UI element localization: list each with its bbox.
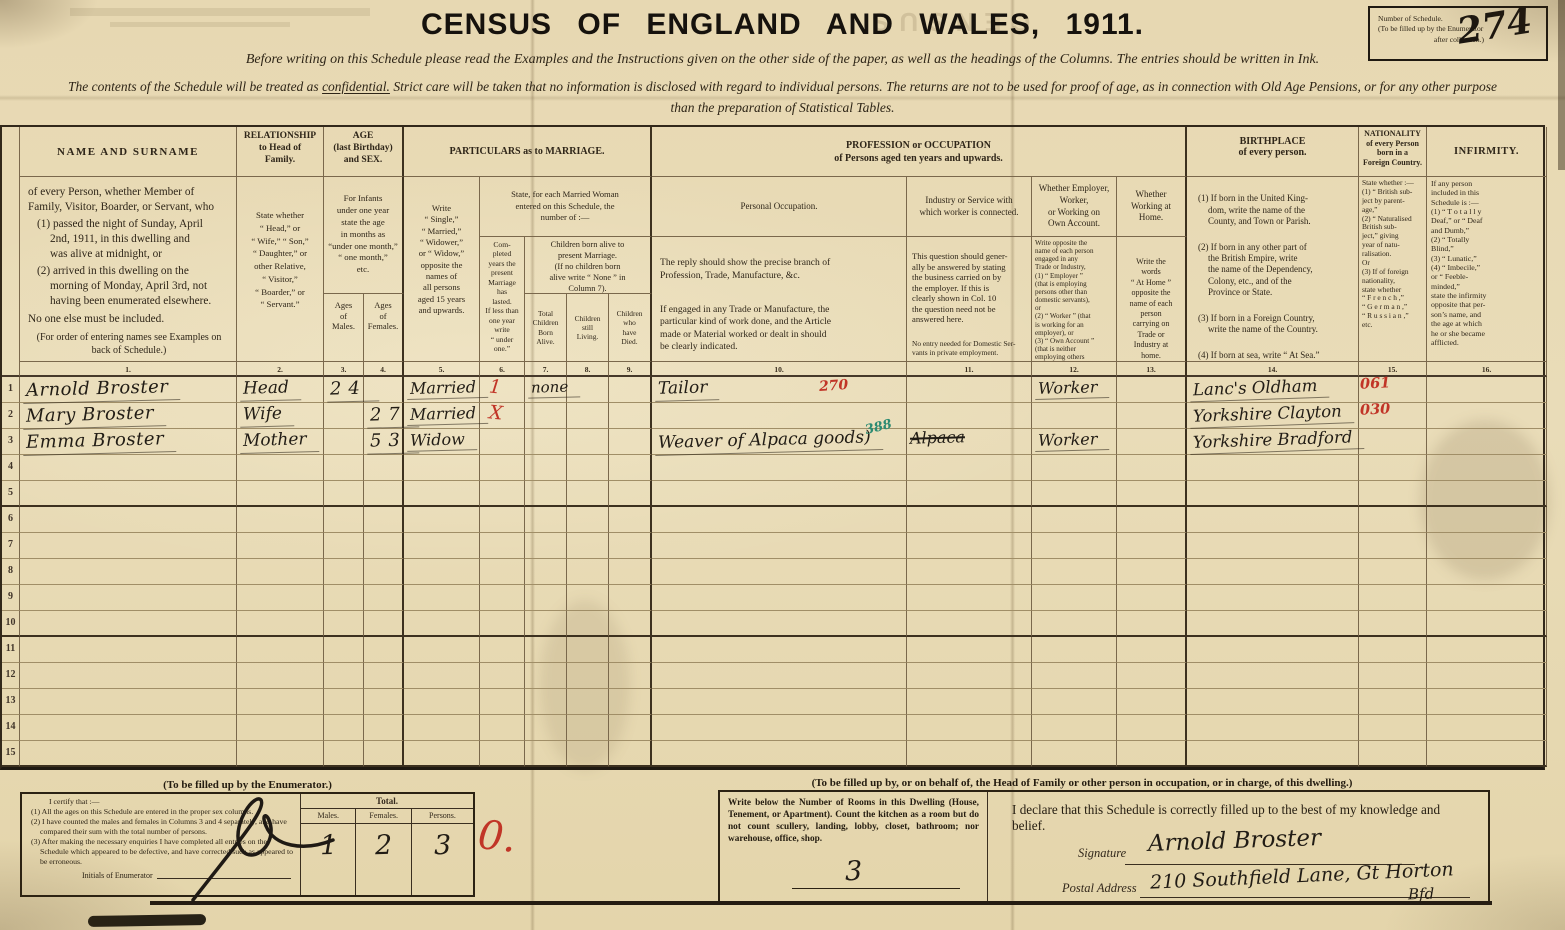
cell-at_home-row3 <box>1117 429 1187 455</box>
rooms-line <box>792 888 960 889</box>
cell-marriage-row9 <box>404 585 480 611</box>
cell-industry-row10 <box>907 611 1032 637</box>
cell-children_living-row14 <box>567 715 609 741</box>
cell-relationship-row7 <box>237 533 324 559</box>
col7-label: Total Children Born Alive. <box>525 294 567 362</box>
cell-age_female-row3: 53 <box>364 429 404 455</box>
cell-birthplace-row7 <box>1187 533 1359 559</box>
cell-children_died-row11 <box>609 637 652 663</box>
cell-occupation-row10 <box>652 611 907 637</box>
cell-years_married-row7 <box>480 533 525 559</box>
cell-infirmity-row11 <box>1427 637 1547 663</box>
cell-years_married-row10 <box>480 611 525 637</box>
cell-employer-row12 <box>1032 663 1117 689</box>
cell-name-row13 <box>20 689 237 715</box>
cell-age_male-row8 <box>324 559 364 585</box>
cell-occupation-row4 <box>652 455 907 481</box>
cell-age_male-row11 <box>324 637 364 663</box>
cell-relationship-row2: Wife <box>237 403 324 429</box>
cell-relationship-row11 <box>237 637 324 663</box>
cell-at_home-row11 <box>1117 637 1187 663</box>
cell-employer-row13 <box>1032 689 1117 715</box>
col8-label: Children still Living. <box>567 294 609 362</box>
cell-age_female-row6 <box>364 507 404 533</box>
row-number-11: 11 <box>2 637 20 663</box>
cell-children_born-row2 <box>525 403 567 429</box>
cell-marriage-row3: Widow <box>404 429 480 455</box>
cell-nationality-row5 <box>1359 481 1427 507</box>
cell-at_home-row8 <box>1117 559 1187 585</box>
occ-p1: The reply should show the precise branch… <box>660 257 898 282</box>
row-number-7: 7 <box>2 533 20 559</box>
cell-age_male-row5 <box>324 481 364 507</box>
col11-description: This question should gener- ally be answ… <box>907 237 1032 362</box>
cell-birthplace-row5 <box>1187 481 1359 507</box>
cell-nationality-row13 <box>1359 689 1427 715</box>
cell-birthplace-row14 <box>1187 715 1359 741</box>
cell-name-row4 <box>20 455 237 481</box>
cell-occupation-row11 <box>652 637 907 663</box>
col-name-description: of every Person, whether Member of Famil… <box>20 177 237 362</box>
cell-marriage-row1: Married <box>404 377 480 403</box>
cell-industry-row8 <box>907 559 1032 585</box>
cell-age_female-row7 <box>364 533 404 559</box>
col11-head: Industry or Service with which worker is… <box>907 177 1032 237</box>
cell-industry-row11 <box>907 637 1032 663</box>
initials-line <box>157 871 291 879</box>
col10-description: The reply should show the precise branch… <box>652 237 907 362</box>
cell-industry-row13 <box>907 689 1032 715</box>
instruction-line-2-pre: The contents of the Schedule will be tre… <box>68 79 322 94</box>
cell-infirmity-row6 <box>1427 507 1547 533</box>
bottom-heavy-rule <box>150 901 1492 905</box>
cell-infirmity-row12 <box>1427 663 1547 689</box>
row-number-10: 10 <box>2 611 20 637</box>
signature-value: Arnold Broster <box>1148 828 1321 854</box>
cell-age_male-row13 <box>324 689 364 715</box>
declaration-box: Write below the Number of Rooms in this … <box>718 790 1490 904</box>
declaration-caption: (To be filled up by, or on behalf of, th… <box>712 777 1452 789</box>
cell-children_living-row1 <box>567 377 609 403</box>
cell-occupation-row15 <box>652 741 907 767</box>
cell-relationship-row10 <box>237 611 324 637</box>
cell-occupation-row14 <box>652 715 907 741</box>
cell-relationship-row13 <box>237 689 324 715</box>
name-desc-note1: No one else must be included. <box>28 312 230 327</box>
cell-nationality-row4 <box>1359 455 1427 481</box>
cell-name-row2: Mary Broster <box>20 403 237 429</box>
cell-children_born-row9 <box>525 585 567 611</box>
row-number-8: 8 <box>2 559 20 585</box>
cell-marriage-row6 <box>404 507 480 533</box>
cell-at_home-row10 <box>1117 611 1187 637</box>
cell-nationality-row14 <box>1359 715 1427 741</box>
signature-label: Signature <box>1078 846 1126 861</box>
cell-age_male-row2 <box>324 403 364 429</box>
name-desc-note2: (For order of entering names see Example… <box>28 331 230 357</box>
column-number-2: 2. <box>237 362 324 377</box>
cell-industry-row3: Alpaca <box>907 429 1032 455</box>
cell-children_living-row3 <box>567 429 609 455</box>
cell-children_living-row10 <box>567 611 609 637</box>
cell-age_female-row8 <box>364 559 404 585</box>
cell-children_died-row5 <box>609 481 652 507</box>
cell-birthplace-row10 <box>1187 611 1359 637</box>
cell-years_married-row8 <box>480 559 525 585</box>
col-age-description: For Infants under one year state the age… <box>324 177 404 294</box>
cell-infirmity-row4 <box>1427 455 1547 481</box>
column-number-8: 8. <box>567 362 609 377</box>
cell-birthplace-row1: Lanc's Oldham <box>1187 377 1359 403</box>
cell-infirmity-row14 <box>1427 715 1547 741</box>
col13-head: Whether Working at Home. <box>1117 177 1187 237</box>
cell-at_home-row2 <box>1117 403 1187 429</box>
cell-marriage-row10 <box>404 611 480 637</box>
occ-p2: If engaged in any Trade or Manufacture, … <box>660 304 898 354</box>
cell-children_died-row13 <box>609 689 652 715</box>
cell-occupation-row9 <box>652 585 907 611</box>
cell-occupation-row13 <box>652 689 907 715</box>
married-woman-note: State, for each Married Woman entered on… <box>480 177 652 237</box>
cert-2: (2) I have counted the males and females… <box>27 817 295 837</box>
cell-occupation-row3: Weaver of Alpaca goods)388 <box>652 429 907 455</box>
cell-age_male-row9 <box>324 585 364 611</box>
column-number-14: 14. <box>1187 362 1359 377</box>
cell-children_died-row2 <box>609 403 652 429</box>
col-name-title: NAME AND SURNAME <box>20 127 237 177</box>
cell-marriage-row15 <box>404 741 480 767</box>
cell-children_died-row12 <box>609 663 652 689</box>
instruction-line-2-post: Strict care will be taken that no inform… <box>390 79 1497 94</box>
col-relationship-title: RELATIONSHIP to Head of Family. <box>237 127 324 177</box>
cell-children_born-row5 <box>525 481 567 507</box>
schedule-number-box: Number of Schedule. (To be filled up by … <box>1368 6 1548 61</box>
cell-children_born-row3 <box>525 429 567 455</box>
cell-name-row5 <box>20 481 237 507</box>
row-number-1: 1 <box>2 377 20 403</box>
cell-at_home-row15 <box>1117 741 1187 767</box>
cell-age_male-row7 <box>324 533 364 559</box>
cell-infirmity-row15 <box>1427 741 1547 767</box>
cell-relationship-row3: Mother <box>237 429 324 455</box>
instruction-line-1: Before writing on this Schedule please r… <box>8 52 1557 68</box>
rooms-box: Write below the Number of Rooms in this … <box>720 792 988 902</box>
cell-employer-row8 <box>1032 559 1117 585</box>
cell-industry-row2 <box>907 403 1032 429</box>
cell-years_married-row3 <box>480 429 525 455</box>
cell-employer-row10 <box>1032 611 1117 637</box>
cell-name-row10 <box>20 611 237 637</box>
cell-children_living-row6 <box>567 507 609 533</box>
cell-employer-row3: Worker <box>1032 429 1117 455</box>
cell-children_died-row7 <box>609 533 652 559</box>
persons-label: Persons. <box>412 809 473 824</box>
cell-infirmity-row3 <box>1427 429 1547 455</box>
profession-group-title: PROFESSION or OCCUPATION of Persons aged… <box>652 127 1187 177</box>
cell-children_born-row1: none <box>525 377 567 403</box>
cell-age_female-row9 <box>364 585 404 611</box>
confidential-underlined: confidential. <box>322 79 390 94</box>
cell-children_died-row3 <box>609 429 652 455</box>
cell-relationship-row8 <box>237 559 324 585</box>
cell-marriage-row11 <box>404 637 480 663</box>
cell-age_male-row14 <box>324 715 364 741</box>
cell-name-row12 <box>20 663 237 689</box>
cell-birthplace-row13 <box>1187 689 1359 715</box>
cell-children_born-row13 <box>525 689 567 715</box>
row-number-2: 2 <box>2 403 20 429</box>
column-number-12: 12. <box>1032 362 1117 377</box>
cell-industry-row14 <box>907 715 1032 741</box>
cell-nationality-row15 <box>1359 741 1427 767</box>
cell-relationship-row6 <box>237 507 324 533</box>
cell-marriage-row14 <box>404 715 480 741</box>
cell-employer-row15 <box>1032 741 1117 767</box>
row-number-column-header <box>2 127 20 377</box>
cell-marriage-row12 <box>404 663 480 689</box>
col5-description: Write “ Single,” “ Married,” “ Widower,”… <box>404 177 480 362</box>
col-relationship-description: State whether “ Head,” or “ Wife,” “ Son… <box>237 177 324 362</box>
cell-industry-row9 <box>907 585 1032 611</box>
cell-at_home-row6 <box>1117 507 1187 533</box>
declaration-right: I declare that this Schedule is correctl… <box>990 792 1488 902</box>
cell-birthplace-row9 <box>1187 585 1359 611</box>
cell-years_married-row9 <box>480 585 525 611</box>
cell-children_living-row7 <box>567 533 609 559</box>
cell-birthplace-row2: Yorkshire Clayton <box>1187 403 1359 429</box>
cell-name-row11 <box>20 637 237 663</box>
cell-employer-row5 <box>1032 481 1117 507</box>
cell-age_male-row10 <box>324 611 364 637</box>
birth-i2: (2) If born in any other part of the Bri… <box>1192 242 1353 299</box>
cell-name-row8 <box>20 559 237 585</box>
cell-children_born-row6 <box>525 507 567 533</box>
row-number-6: 6 <box>2 507 20 533</box>
cell-employer-row4 <box>1032 455 1117 481</box>
cell-children_born-row7 <box>525 533 567 559</box>
row-number-12: 12 <box>2 663 20 689</box>
postal-address-label: Postal Address <box>1062 881 1137 896</box>
ind-p2: No entry needed for Domestic Ser- vants … <box>912 339 1026 357</box>
cell-age_male-row1: 24 <box>324 377 364 403</box>
cell-children_born-row8 <box>525 559 567 585</box>
col14-title: BIRTHPLACE of every person. <box>1187 127 1359 177</box>
col10-head: Personal Occupation. <box>652 177 907 237</box>
cell-relationship-row4 <box>237 455 324 481</box>
column-number-16: 16. <box>1427 362 1547 377</box>
instruction-line-3: than the preparation of Statistical Tabl… <box>8 100 1557 116</box>
birth-i3: (3) If born in a Foreign Country, write … <box>1192 313 1353 336</box>
cell-occupation-row12 <box>652 663 907 689</box>
cell-industry-row7 <box>907 533 1032 559</box>
cell-at_home-row4 <box>1117 455 1187 481</box>
cell-age_female-row1 <box>364 377 404 403</box>
cell-occupation-row8 <box>652 559 907 585</box>
birth-i1: (1) If born in the United King- dom, wri… <box>1192 193 1353 227</box>
males-value: 1 <box>301 824 356 895</box>
cell-nationality-row1: 061 <box>1359 377 1427 403</box>
col16-title: INFIRMITY. <box>1427 127 1547 177</box>
rooms-value: 3 <box>720 856 987 887</box>
cell-children_died-row1 <box>609 377 652 403</box>
column-number-1: 1. <box>20 362 237 377</box>
cell-infirmity-row8 <box>1427 559 1547 585</box>
name-desc-item1: (1) passed the night of Sunday, April 2n… <box>28 217 230 261</box>
cell-age_male-row3 <box>324 429 364 455</box>
cell-name-row6 <box>20 507 237 533</box>
cell-children_died-row8 <box>609 559 652 585</box>
cell-occupation-row7 <box>652 533 907 559</box>
cell-marriage-row5 <box>404 481 480 507</box>
col14-description: (1) If born in the United King- dom, wri… <box>1187 177 1359 362</box>
females-value: 2 <box>356 824 411 895</box>
cell-years_married-row5 <box>480 481 525 507</box>
col12-head: Whether Employer, Worker, or Working on … <box>1032 177 1117 237</box>
column-number-7: 7. <box>525 362 567 377</box>
cell-employer-row9 <box>1032 585 1117 611</box>
cell-name-row7 <box>20 533 237 559</box>
persons-value: 3 <box>412 824 473 895</box>
cell-birthplace-row12 <box>1187 663 1359 689</box>
cell-birthplace-row3: Yorkshire Bradford <box>1187 429 1359 455</box>
cell-children_died-row14 <box>609 715 652 741</box>
cell-name-row14 <box>20 715 237 741</box>
cell-nationality-row3 <box>1359 429 1427 455</box>
cell-nationality-row2: 030 <box>1359 403 1427 429</box>
marriage-group-title: PARTICULARS as to MARRIAGE. <box>404 127 652 177</box>
column-number-5: 5. <box>404 362 480 377</box>
row-number-5: 5 <box>2 481 20 507</box>
ink-smudge <box>88 914 206 927</box>
cell-children_died-row9 <box>609 585 652 611</box>
cell-age_female-row10 <box>364 611 404 637</box>
cell-children_died-row6 <box>609 507 652 533</box>
cell-years_married-row1: 1 <box>480 377 525 403</box>
cell-years_married-row11 <box>480 637 525 663</box>
cell-at_home-row12 <box>1117 663 1187 689</box>
cell-marriage-row13 <box>404 689 480 715</box>
cell-birthplace-row6 <box>1187 507 1359 533</box>
cell-employer-row7 <box>1032 533 1117 559</box>
cell-age_female-row15 <box>364 741 404 767</box>
cell-marriage-row2: Married <box>404 403 480 429</box>
cell-industry-row6 <box>907 507 1032 533</box>
children-note: Children born alive to present Marriage.… <box>525 237 652 294</box>
cell-industry-row5 <box>907 481 1032 507</box>
cell-children_living-row15 <box>567 741 609 767</box>
cell-relationship-row5 <box>237 481 324 507</box>
rooms-instructions: Write below the Number of Rooms in this … <box>728 797 979 845</box>
cell-birthplace-row4 <box>1187 455 1359 481</box>
totals-table: Total. Males. Females. Persons. 1 2 3 <box>300 794 473 895</box>
birth-i4: (4) If born at sea, write “ At Sea.” <box>1192 350 1353 361</box>
cell-name-row1: Arnold Broster <box>20 377 237 403</box>
col15-title: NATIONALITY of every Person born in a Fo… <box>1359 127 1427 177</box>
cell-employer-row6 <box>1032 507 1117 533</box>
cell-industry-row12 <box>907 663 1032 689</box>
cell-employer-row11 <box>1032 637 1117 663</box>
cell-children_born-row14 <box>525 715 567 741</box>
cell-years_married-row4 <box>480 455 525 481</box>
cell-children_living-row5 <box>567 481 609 507</box>
page-title: CENSUS OF ENGLAND AND WALES, 1911. <box>0 8 1565 42</box>
cell-relationship-row1: Head <box>237 377 324 403</box>
cell-occupation-row6 <box>652 507 907 533</box>
row-number-13: 13 <box>2 689 20 715</box>
cell-age_female-row12 <box>364 663 404 689</box>
column-number-6: 6. <box>480 362 525 377</box>
cell-occupation-row1: Tailor270 <box>652 377 907 403</box>
cell-at_home-row14 <box>1117 715 1187 741</box>
cell-industry-row1 <box>907 377 1032 403</box>
col9-label: Children who have Died. <box>609 294 652 362</box>
instruction-line-2: The contents of the Schedule will be tre… <box>8 79 1557 95</box>
cell-children_born-row15 <box>525 741 567 767</box>
cell-nationality-row9 <box>1359 585 1427 611</box>
col15-description: State whether :— (1) “ British sub- ject… <box>1359 177 1427 362</box>
cell-children_living-row4 <box>567 455 609 481</box>
cell-age_male-row6 <box>324 507 364 533</box>
cell-relationship-row9 <box>237 585 324 611</box>
row-number-9: 9 <box>2 585 20 611</box>
cert-intro: I certify that :— <box>27 797 295 807</box>
name-desc-intro: of every Person, whether Member of Famil… <box>28 185 230 214</box>
cell-industry-row15 <box>907 741 1032 767</box>
cell-at_home-row9 <box>1117 585 1187 611</box>
cell-children_living-row9 <box>567 585 609 611</box>
cell-employer-row1: Worker <box>1032 377 1117 403</box>
cell-occupation-row5 <box>652 481 907 507</box>
cell-name-row3: Emma Broster <box>20 429 237 455</box>
cell-relationship-row14 <box>237 715 324 741</box>
col13-description: Write the words “ At Home ” opposite the… <box>1117 237 1187 362</box>
col16-description: If any person included in this Schedule … <box>1427 177 1547 362</box>
cell-birthplace-row8 <box>1187 559 1359 585</box>
cell-children_born-row4 <box>525 455 567 481</box>
cell-employer-row2 <box>1032 403 1117 429</box>
cert-1: (1) All the ages on this Schedule are en… <box>27 807 295 817</box>
cell-marriage-row4 <box>404 455 480 481</box>
col-age-males-label: Ages of Males. <box>324 294 364 362</box>
cell-name-row9 <box>20 585 237 611</box>
cell-industry-row4 <box>907 455 1032 481</box>
cell-years_married-row13 <box>480 689 525 715</box>
column-number-9: 9. <box>609 362 652 377</box>
cell-infirmity-row2 <box>1427 403 1547 429</box>
cell-children_died-row4 <box>609 455 652 481</box>
cell-relationship-row12 <box>237 663 324 689</box>
row-number-14: 14 <box>2 715 20 741</box>
row-number-3: 3 <box>2 429 20 455</box>
cell-at_home-row5 <box>1117 481 1187 507</box>
cell-age_female-row13 <box>364 689 404 715</box>
cell-birthplace-row11 <box>1187 637 1359 663</box>
cell-nationality-row12 <box>1359 663 1427 689</box>
row-number-4: 4 <box>2 455 20 481</box>
cell-nationality-row11 <box>1359 637 1427 663</box>
col12-description: Write opposite the name of each person e… <box>1032 237 1117 362</box>
cell-age_female-row4 <box>364 455 404 481</box>
cell-children_born-row11 <box>525 637 567 663</box>
cell-age_male-row15 <box>324 741 364 767</box>
cell-children_living-row11 <box>567 637 609 663</box>
cell-age_female-row2: 27 <box>364 403 404 429</box>
census-schedule-page: CENSUS CENSUS OF ENGLAND AND WALES, 1911… <box>0 0 1565 930</box>
column-number-4: 4. <box>364 362 404 377</box>
cell-years_married-row14 <box>480 715 525 741</box>
cell-at_home-row13 <box>1117 689 1187 715</box>
cell-age_male-row12 <box>324 663 364 689</box>
